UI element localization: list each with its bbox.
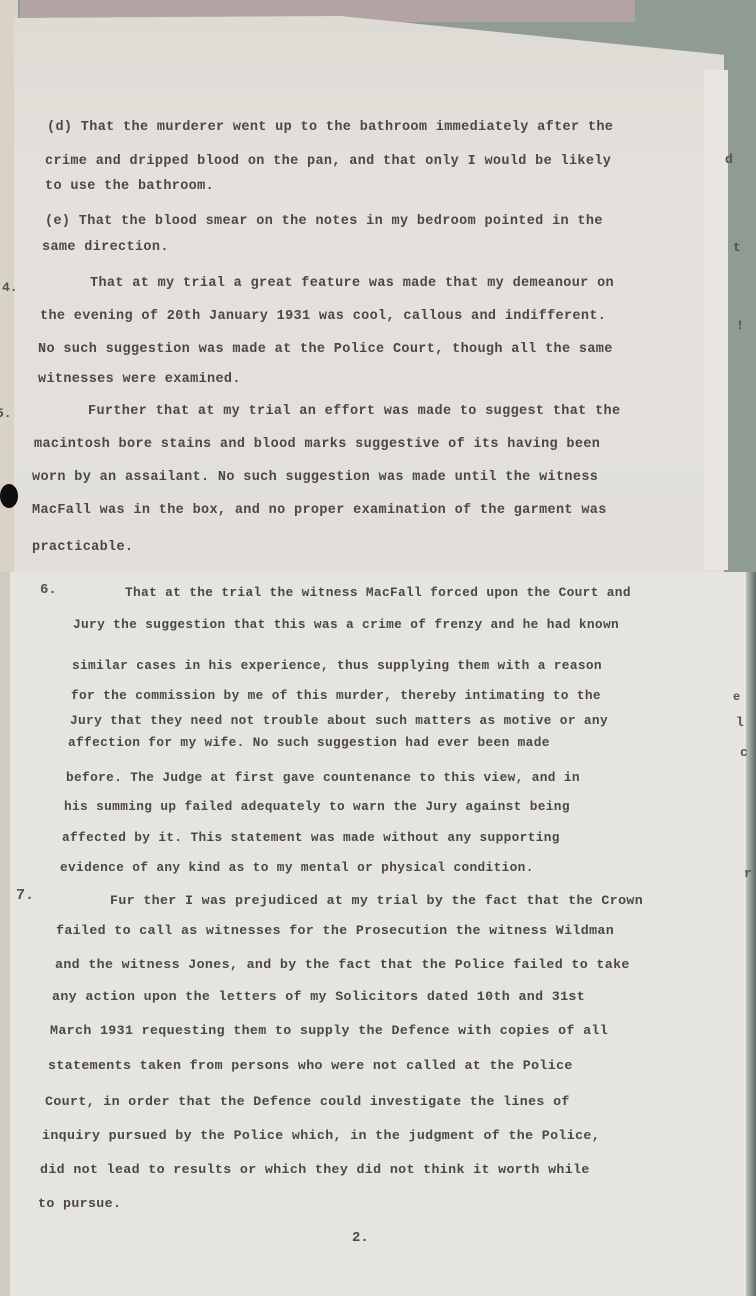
paragraph-number: 4. <box>2 280 18 295</box>
text-line: affected by it. This statement was made … <box>62 830 560 845</box>
bottom-page-right-edge <box>746 572 756 1296</box>
bottom-page-left-edge <box>0 572 10 1296</box>
text-line: and the witness Jones, and by the fact t… <box>55 957 630 972</box>
text-line: witnesses were examined. <box>38 372 241 387</box>
text-line: did not lead to results or which they di… <box>40 1162 590 1177</box>
margin-fragment: c <box>740 745 748 760</box>
text-line: failed to call as witnesses for the Pros… <box>56 923 614 938</box>
text-line: to pursue. <box>38 1196 121 1211</box>
text-line: That at my trial a great feature was mad… <box>90 276 614 291</box>
text-line: MacFall was in the box, and no proper ex… <box>32 503 607 518</box>
top-page-edge <box>704 70 728 570</box>
text-line: evidence of any kind as to my mental or … <box>60 860 534 875</box>
text-line: That at the trial the witness MacFall fo… <box>125 585 631 600</box>
text-line: (e) That the blood smear on the notes in… <box>45 214 603 229</box>
paragraph-number: 6. <box>40 582 57 598</box>
margin-fragment: t <box>733 240 741 255</box>
text-line: (d) That the murderer went up to the bat… <box>47 120 613 135</box>
text-line: same direction. <box>42 240 169 255</box>
text-line: practicable. <box>32 540 133 555</box>
text-line: Jury that they need not trouble about su… <box>70 713 608 728</box>
paragraph-number: 7. <box>16 887 34 904</box>
text-line: No such suggestion was made at the Polic… <box>38 342 613 357</box>
text-line: similar cases in his experience, thus su… <box>72 658 602 673</box>
margin-fragment: ! <box>736 318 744 333</box>
paragraph-number: 5. <box>0 406 12 421</box>
text-line: his summing up failed adequately to warn… <box>64 799 570 814</box>
text-line: any action upon the letters of my Solici… <box>52 989 585 1004</box>
text-line: Fur ther I was prejudiced at my trial by… <box>110 893 643 908</box>
text-line: Jury the suggestion that this was a crim… <box>73 617 619 632</box>
text-line: March 1931 requesting them to supply the… <box>50 1023 608 1038</box>
text-line: statements taken from persons who were n… <box>48 1058 573 1073</box>
top-page-photo <box>14 16 724 572</box>
text-line: macintosh bore stains and blood marks su… <box>34 437 600 452</box>
margin-fragment: l <box>736 715 744 730</box>
text-line: affection for my wife. No such suggestio… <box>68 735 550 750</box>
margin-fragment: e <box>733 690 740 704</box>
margin-fragment: r <box>744 866 752 881</box>
text-line: worn by an assailant. No such suggestion… <box>32 470 598 485</box>
text-line: Court, in order that the Defence could i… <box>45 1094 570 1109</box>
text-line: to use the bathroom. <box>45 179 214 194</box>
punch-hole <box>0 484 18 508</box>
margin-fragment: d <box>725 152 733 167</box>
text-line: for the commission by me of this murder,… <box>71 688 601 703</box>
text-line: before. The Judge at first gave countena… <box>66 770 580 785</box>
text-line: crime and dripped blood on the pan, and … <box>45 154 611 169</box>
page-number: 2. <box>352 1230 369 1246</box>
text-line: the evening of 20th January 1931 was coo… <box>40 309 606 324</box>
text-line: inquiry pursued by the Police which, in … <box>42 1128 600 1143</box>
text-line: Further that at my trial an effort was m… <box>88 404 620 419</box>
